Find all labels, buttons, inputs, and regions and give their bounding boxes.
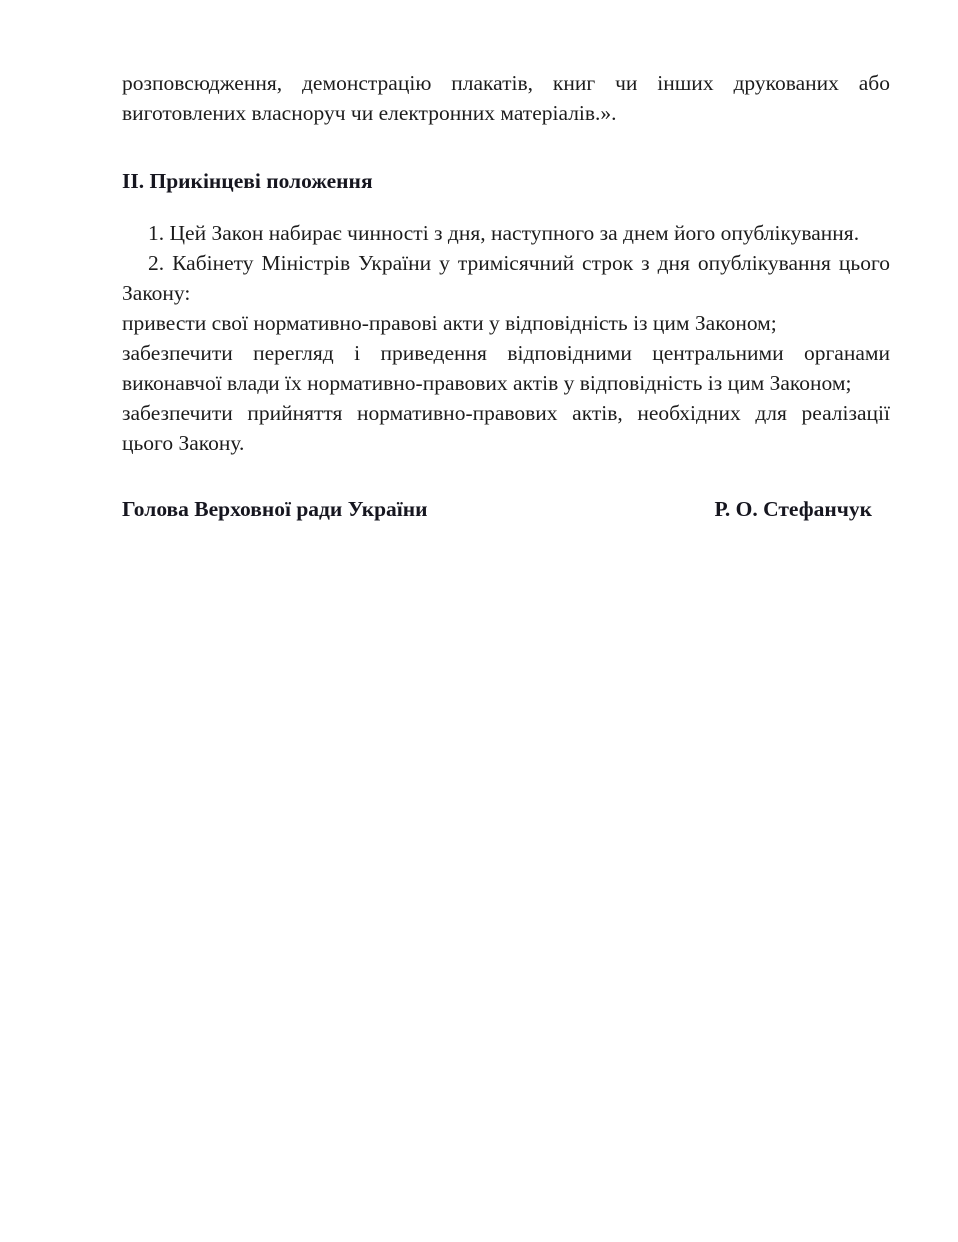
- final-provisions-block: 1. Цей Закон набирає чинності з дня, нас…: [122, 218, 890, 458]
- intro-paragraph: розповсюдження, демонстрацію плакатів, к…: [122, 68, 890, 128]
- section-heading: ІІ. Прикінцеві положення: [122, 166, 890, 196]
- provision-subitem-2: забезпечити перегляд і приведення відпов…: [122, 338, 890, 398]
- signature-row: Голова Верховної ради України Р. О. Стеф…: [122, 494, 890, 524]
- provision-subitem-1: привести свої нормативно-правові акти у …: [122, 308, 890, 338]
- signature-title: Голова Верховної ради України: [122, 494, 428, 524]
- provision-item-2: 2. Кабінету Міністрів України у тримісяч…: [122, 248, 890, 308]
- document-page: розповсюдження, демонстрацію плакатів, к…: [0, 0, 958, 1242]
- provision-item-1: 1. Цей Закон набирає чинності з дня, нас…: [122, 218, 890, 248]
- signature-name: Р. О. Стефанчук: [714, 494, 890, 524]
- provision-subitem-3: забезпечити прийняття нормативно-правови…: [122, 398, 890, 458]
